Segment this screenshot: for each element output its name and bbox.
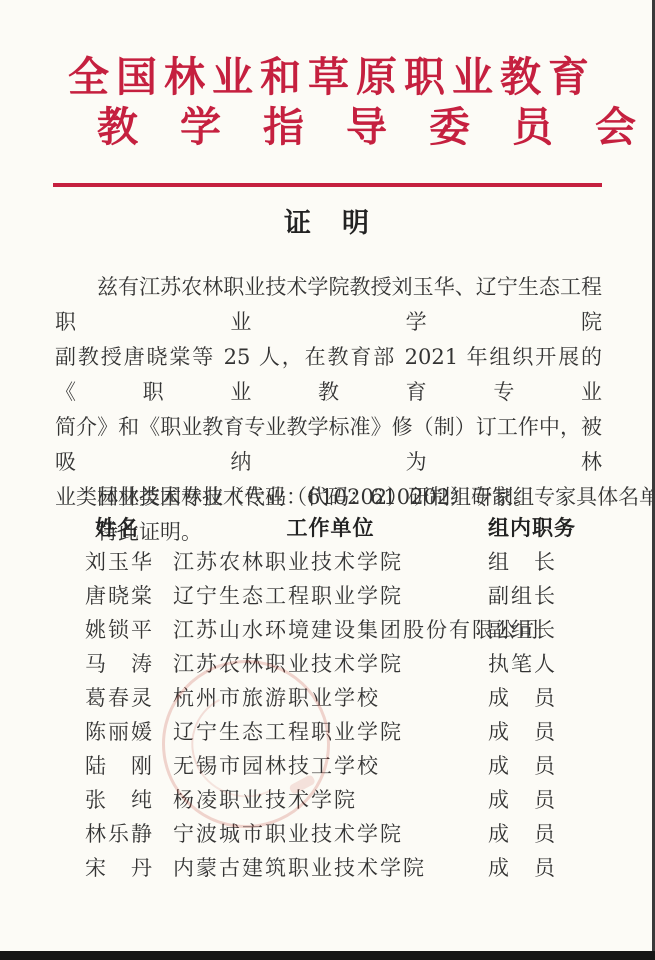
expert-role: 副组长: [488, 580, 598, 610]
expert-name: 唐晓棠: [85, 580, 173, 610]
expert-name: 马 涛: [85, 648, 173, 678]
table-row: 林乐静 宁波城市职业技术学院 成 员: [55, 816, 602, 850]
roster-header-row: 姓名 工作单位 组内职务: [55, 510, 602, 544]
expert-role: 执笔人: [488, 648, 598, 678]
table-row: 宋 丹 内蒙古建筑职业技术学院 成 员: [55, 850, 602, 884]
org-name-line1: 全国林业和草原职业教育: [55, 52, 602, 102]
table-row: 刘玉华 江苏农林职业技术学院 组 长: [55, 544, 602, 578]
table-row: 唐晓棠 辽宁生态工程职业学院 副组长: [55, 578, 602, 612]
table-row: 陆 刚 无锡市园林技工学校 成 员: [55, 748, 602, 782]
body-line: 副教授唐晓棠等 25 人，在教育部 2021 年组织开展的《职业教育专业: [55, 340, 602, 410]
letterhead-divider-rule: [53, 183, 602, 187]
expert-unit: 辽宁生态工程职业学院: [173, 580, 488, 610]
expert-unit: 杭州市旅游职业学校: [173, 682, 488, 712]
expert-role: 成 员: [488, 852, 598, 882]
expert-unit: 内蒙古建筑职业技术学院: [173, 852, 488, 882]
expert-role: 成 员: [488, 818, 598, 848]
expert-name: 葛春灵: [85, 682, 173, 712]
expert-name: 姚锁平: [85, 614, 173, 644]
expert-role: 副组长: [488, 614, 598, 644]
body-line: 简介》和《职业教育专业教学标准》修（制）订工作中，被吸纳为林: [55, 410, 602, 480]
expert-unit: 江苏农林职业技术学院: [173, 648, 488, 678]
expert-name: 宋 丹: [85, 852, 173, 882]
expert-role: 成 员: [488, 682, 598, 712]
expert-name: 刘玉华: [85, 546, 173, 576]
certificate-document-page: 全国林业和草原职业教育 教学指导委员会 证 明 兹有江苏农林职业技术学院教授刘玉…: [0, 0, 655, 960]
expert-name: 陈丽媛: [85, 716, 173, 746]
expert-unit: 辽宁生态工程职业学院: [173, 716, 488, 746]
org-name-line2: 教学指导委员会: [55, 102, 602, 152]
expert-role: 组 长: [488, 546, 598, 576]
document-title: 证 明: [0, 201, 655, 240]
table-row: 张 纯 杨凌职业技术学院 成 员: [55, 782, 602, 816]
expert-unit: 江苏农林职业技术学院: [173, 546, 488, 576]
expert-unit: 宁波城市职业技术学院: [173, 818, 488, 848]
expert-name: 张 纯: [85, 784, 173, 814]
expert-unit: 杨凌职业技术学院: [173, 784, 488, 814]
column-header-unit: 工作单位: [173, 512, 488, 542]
body-line: 兹有江苏农林职业技术学院教授刘玉华、辽宁生态工程职业学院: [55, 270, 602, 340]
column-header-role: 组内职务: [488, 512, 598, 542]
expert-role: 成 员: [488, 784, 598, 814]
expert-role: 成 员: [488, 716, 598, 746]
table-row: 陈丽媛 辽宁生态工程职业学院 成 员: [55, 714, 602, 748]
table-row: 葛春灵 杭州市旅游职业学校 成 员: [55, 680, 602, 714]
expert-role: 成 员: [488, 750, 598, 780]
expert-roster-table: 姓名 工作单位 组内职务 刘玉华 江苏农林职业技术学院 组 长 唐晓棠 辽宁生态…: [55, 510, 602, 884]
table-row: 姚锁平 江苏山水环境建设集团股份有限公司 副组长: [55, 612, 602, 646]
column-header-name: 姓名: [85, 512, 173, 542]
roster-intro: 林业类园林技术专业（代码：610202）研制组专家具体名单如下：: [55, 481, 615, 513]
expert-name: 陆 刚: [85, 750, 173, 780]
scan-edge-bottom: [0, 951, 655, 960]
expert-name: 林乐静: [85, 818, 173, 848]
table-row: 马 涛 江苏农林职业技术学院 执笔人: [55, 646, 602, 680]
expert-unit: 无锡市园林技工学校: [173, 750, 488, 780]
expert-unit: 江苏山水环境建设集团股份有限公司: [173, 614, 488, 644]
org-letterhead: 全国林业和草原职业教育 教学指导委员会: [55, 52, 602, 152]
